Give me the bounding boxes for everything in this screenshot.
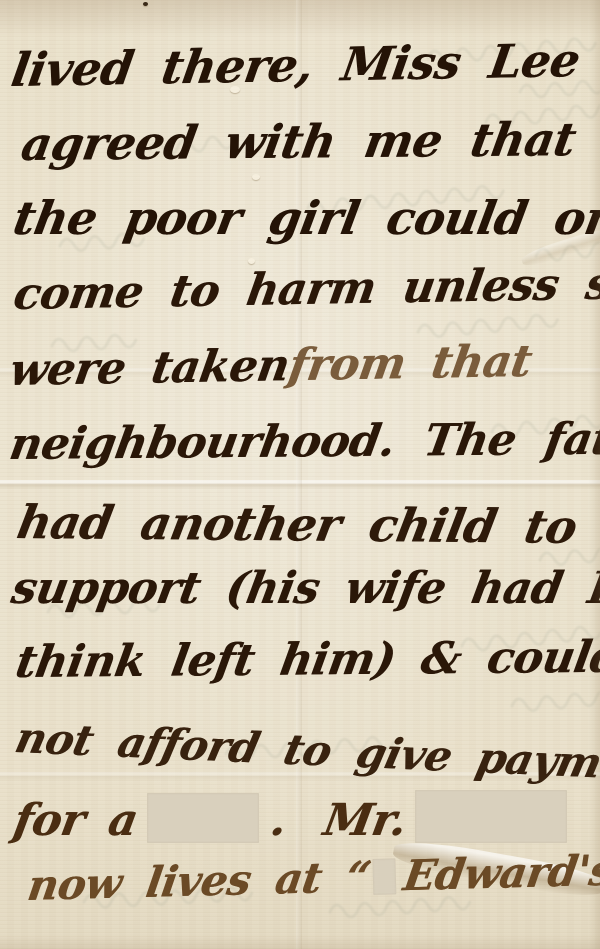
paper-edge-shadow-top [0,0,600,36]
handwriting-text: agreed with me that [18,113,580,171]
ghost-writing-stroke [511,690,600,713]
handwriting-text: the poor girl could only [9,192,600,245]
ghost-writing-stroke [417,313,558,338]
handwriting-line-2: agreed with me that [22,113,575,171]
handwriting-line-6: neighbourhood. The father [10,414,600,471]
handwriting-line-5: were taken from that [10,337,531,397]
handwriting-text: Edward's Place [400,843,600,901]
handwriting-text: had another child to [13,496,581,554]
handwriting-line-4: come to harm unless she [14,259,600,321]
paper-damage-spot [248,258,255,264]
handwriting-line-8: support (his wife had I [12,564,600,615]
handwriting-text: lived there, Miss Lee [8,34,584,97]
letter-page: lived there, Miss Leeagreed with me that… [0,0,600,949]
handwriting-text: . [266,796,290,847]
handwriting-text: from that [285,337,535,392]
paper-damage-spot [252,174,260,180]
handwriting-text: were taken [6,341,293,397]
paper-crease [0,480,600,489]
handwriting-text: neighbourhood. The father [6,414,600,471]
handwriting-line-7: had another child to [18,496,577,554]
handwriting-text: think left him) & could [12,633,600,689]
handwriting-text: support (his wife had I [8,564,600,615]
handwriting-line-1: lived there, Miss Lee [12,34,580,97]
handwriting-line-3: the poor girl could only [14,192,600,245]
handwriting-text: come to harm unless she [10,258,600,320]
handwriting-line-10: not afford to give payment [15,714,600,791]
redaction-box [372,858,396,895]
handwriting-text: for a [10,796,142,847]
paper-edge-shadow-bottom [0,935,600,949]
handwriting-text: Mr. [319,796,410,847]
handwriting-text: not afford to give payment [11,714,600,791]
handwriting-line-9: think left him) & could [16,633,600,689]
handwriting-line-12: now lives at “Edward's Place [27,843,600,911]
paper-edge-shadow-right [588,0,600,949]
handwriting-line-11: for a.Mr. [14,790,567,847]
redaction-box [147,793,259,843]
redaction-box [415,790,567,843]
handwriting-text: now lives at “ [24,853,373,910]
